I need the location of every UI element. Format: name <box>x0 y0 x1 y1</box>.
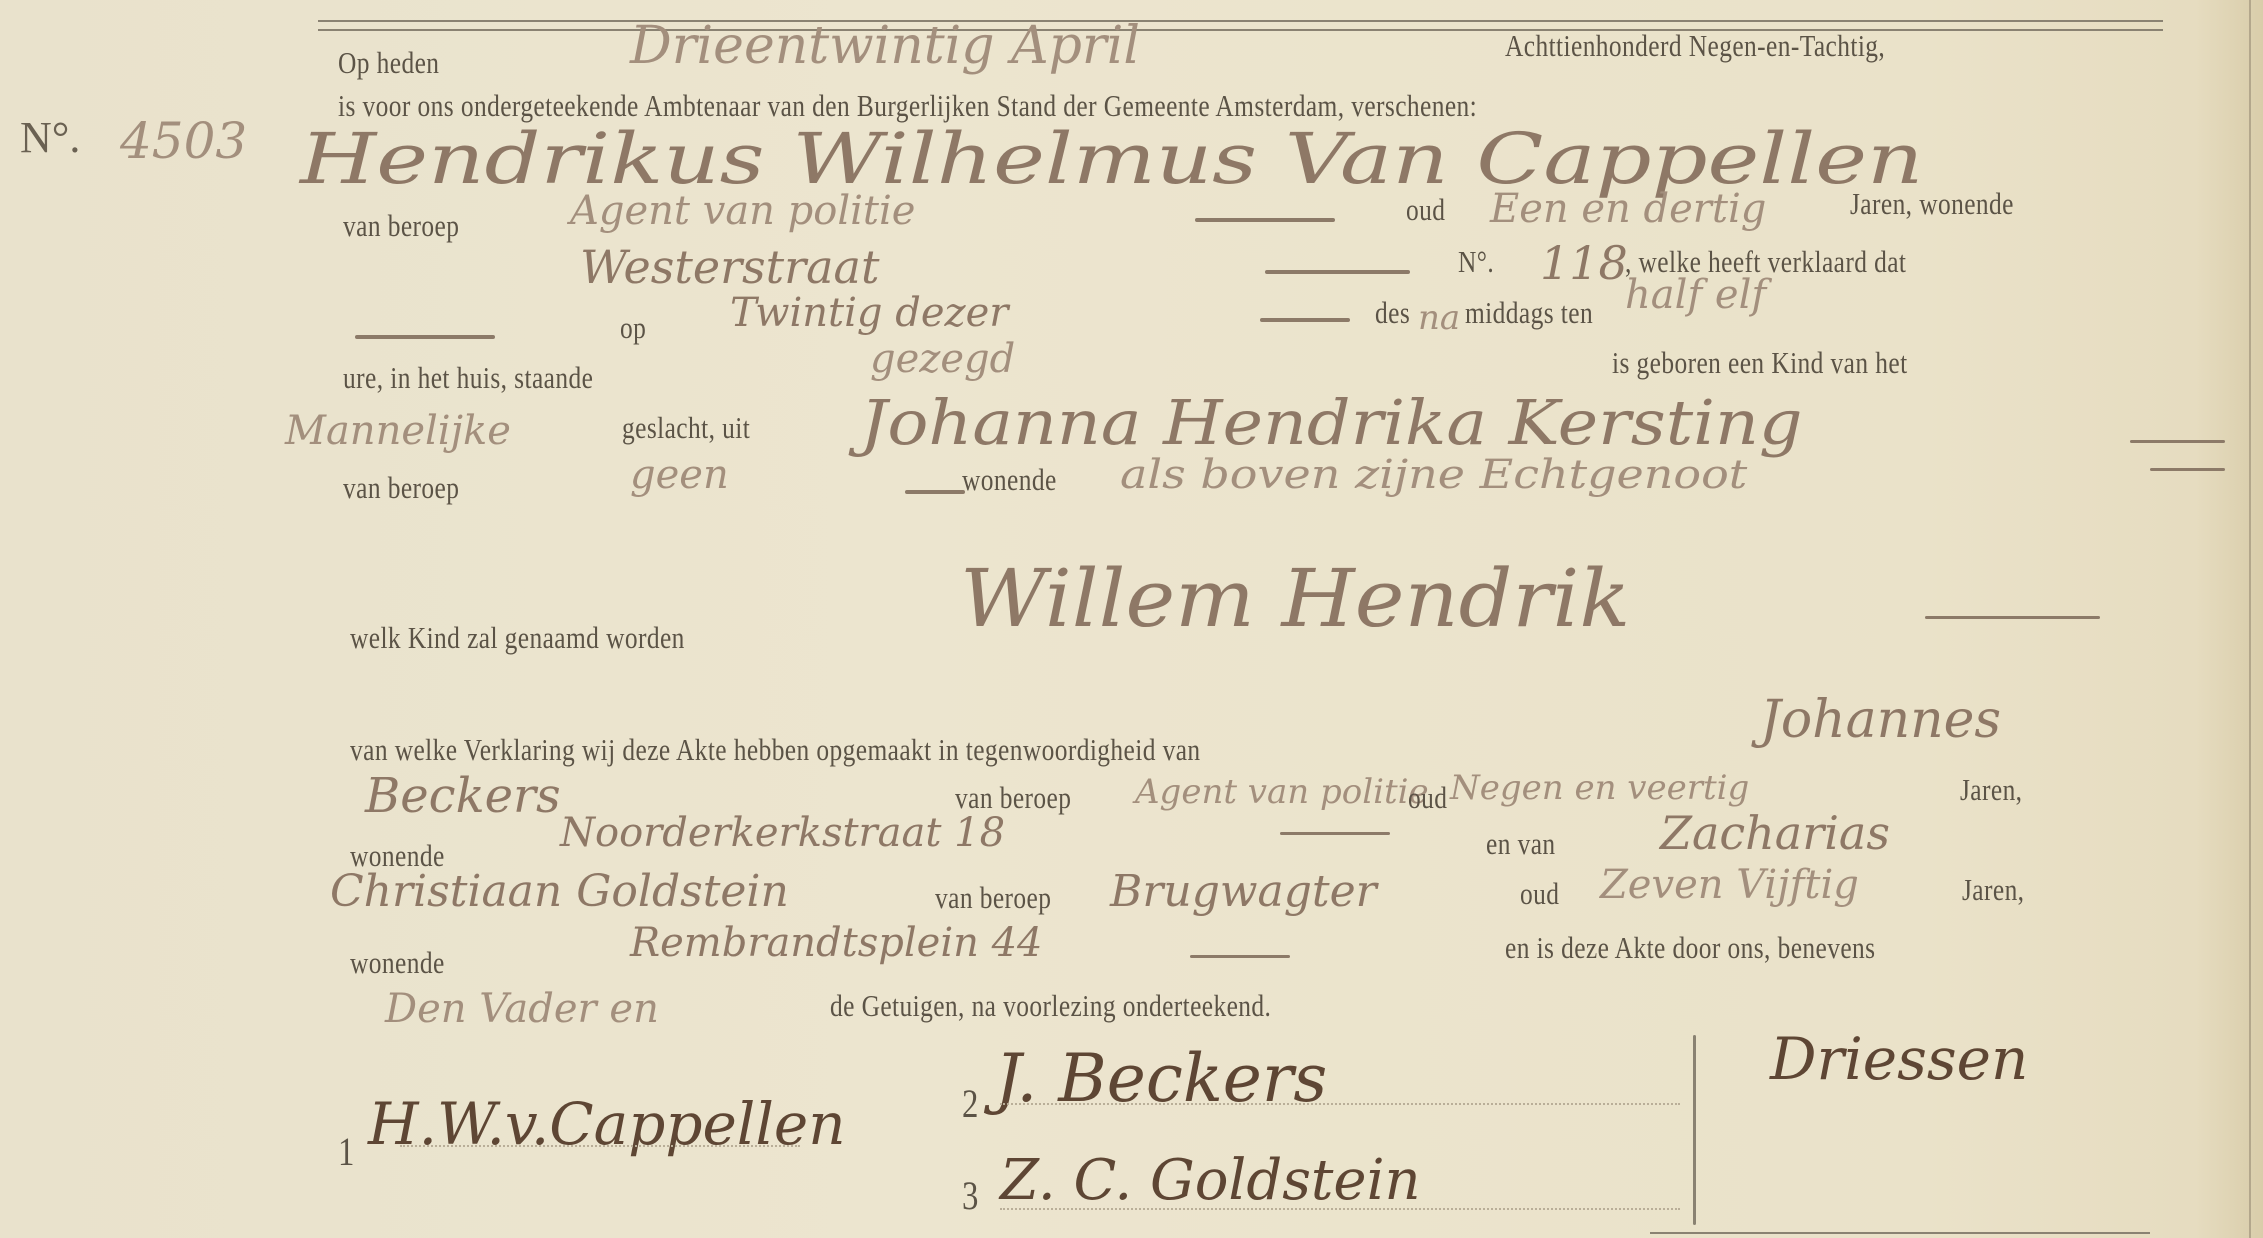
field-day-month: Drieentwintig April <box>630 16 1140 76</box>
label-welk-kind: welk Kind zal genaamd worden <box>350 620 685 656</box>
label-verklaring: van welke Verklaring wij deze Akte hebbe… <box>350 732 1201 768</box>
signature-line-2 <box>1000 1103 1680 1105</box>
birth-certificate-page: N°. 4503 Op heden Drieentwintig April Ac… <box>0 0 2263 1238</box>
field-mother-occupation: geen <box>630 452 729 498</box>
record-number: 4503 <box>120 112 247 170</box>
label-ure-huis: ure, in het huis, staande <box>343 360 593 396</box>
field-witness2-rest: Christiaan Goldstein <box>330 866 789 917</box>
field-declarant-street: Westerstraat <box>580 240 879 294</box>
label-getuigen: de Getuigen, na voorlezing onderteekend. <box>830 988 1271 1024</box>
fill-dash <box>2150 468 2225 471</box>
signature-declarant: H.W.v.Cappellen <box>368 1090 846 1158</box>
signature-brace <box>1693 1035 1696 1225</box>
fill-dash <box>1190 955 1290 958</box>
field-witness1-address: Noorderkerkstraat 18 <box>560 810 1005 856</box>
signature-line-3 <box>1000 1208 1680 1210</box>
top-rule-1 <box>318 20 2163 22</box>
signature-line-1 <box>400 1145 800 1147</box>
fill-dash <box>905 490 965 494</box>
label-is-geboren: is geboren een Kind van het <box>1612 345 1908 381</box>
label-geslacht-uit: geslacht, uit <box>622 410 750 446</box>
field-declarant-occupation: Agent van politie <box>570 188 915 234</box>
label-year: Achttienhonderd Negen-en-Tachtig, <box>1505 28 1885 64</box>
label-middags-ten: middags ten <box>1465 295 1593 331</box>
field-signed-by: Den Vader en <box>385 986 659 1032</box>
field-birth-time: half elf <box>1625 272 1766 318</box>
right-margin-line <box>2249 0 2251 1238</box>
field-witness1-occupation: Agent van politie <box>1135 772 1429 812</box>
field-witness1-age: Negen en veertig <box>1450 768 1749 808</box>
signature-official: Driessen <box>1770 1025 2028 1093</box>
field-witness1-first: Johannes <box>1760 690 2001 750</box>
field-birth-place: gezegd <box>870 336 1015 382</box>
field-sex: Mannelijke <box>285 408 511 454</box>
label-van-beroep-4: van beroep <box>935 880 1051 916</box>
signature-number-3: 3 <box>962 1172 979 1219</box>
fill-dash <box>355 335 495 339</box>
signature-number-1: 1 <box>338 1128 355 1175</box>
top-rule-2 <box>318 29 2163 31</box>
field-birth-day: Twintig dezer <box>730 290 1008 336</box>
field-mother-residence: als boven zijne Echtgenoot <box>1120 452 1747 498</box>
fill-dash <box>1260 318 1350 322</box>
label-oud-2: oud <box>1408 780 1447 816</box>
label-en-van: en van <box>1486 826 1556 862</box>
label-jaren-2: Jaren, <box>1962 872 2024 908</box>
signature-number-2: 2 <box>962 1080 979 1127</box>
label-wonende-3: wonende <box>350 945 445 981</box>
label-jaren-1: Jaren, <box>1960 772 2022 808</box>
field-child-name: Willem Hendrik <box>960 552 1630 645</box>
signature-witness-1: J. Beckers <box>995 1040 1327 1117</box>
field-declarant-age: Een en dertig <box>1490 186 1766 232</box>
field-witness2-age: Zeven Vijftig <box>1600 862 1859 908</box>
label-op: op <box>620 310 646 346</box>
field-witness1-last: Beckers <box>365 768 561 824</box>
field-witness2-first: Zacharias <box>1660 806 1890 860</box>
label-van-beroep-2: van beroep <box>343 470 459 506</box>
label-van-beroep-1: van beroep <box>343 208 459 244</box>
signature-witness-2: Z. C. Goldstein <box>1000 1148 1421 1213</box>
field-witness2-address: Rembrandtsplein 44 <box>630 920 1043 966</box>
field-time-period: na <box>1418 298 1460 338</box>
label-op-heden: Op heden <box>338 45 439 81</box>
bottom-rule <box>1650 1232 2150 1234</box>
label-des: des <box>1375 295 1410 331</box>
field-mother-name: Johanna Hendrika Kersting <box>860 386 1803 459</box>
label-jaren-wonende: Jaren, wonende <box>1850 186 2014 222</box>
field-house-number: 118 <box>1540 236 1628 290</box>
label-oud-3: oud <box>1520 876 1559 912</box>
field-witness2-occupation: Brugwagter <box>1110 866 1377 917</box>
fill-dash <box>1265 270 1410 274</box>
record-number-label: N°. <box>20 112 80 163</box>
label-wonende-1: wonende <box>962 462 1057 498</box>
fill-dash <box>2130 440 2225 443</box>
label-no: N°. <box>1458 244 1494 280</box>
fill-dash <box>1195 218 1335 222</box>
fill-dash <box>1280 832 1390 835</box>
fill-dash <box>1925 616 2100 619</box>
label-en-is-deze: en is deze Akte door ons, benevens <box>1505 930 1875 966</box>
label-oud-1: oud <box>1406 192 1445 228</box>
